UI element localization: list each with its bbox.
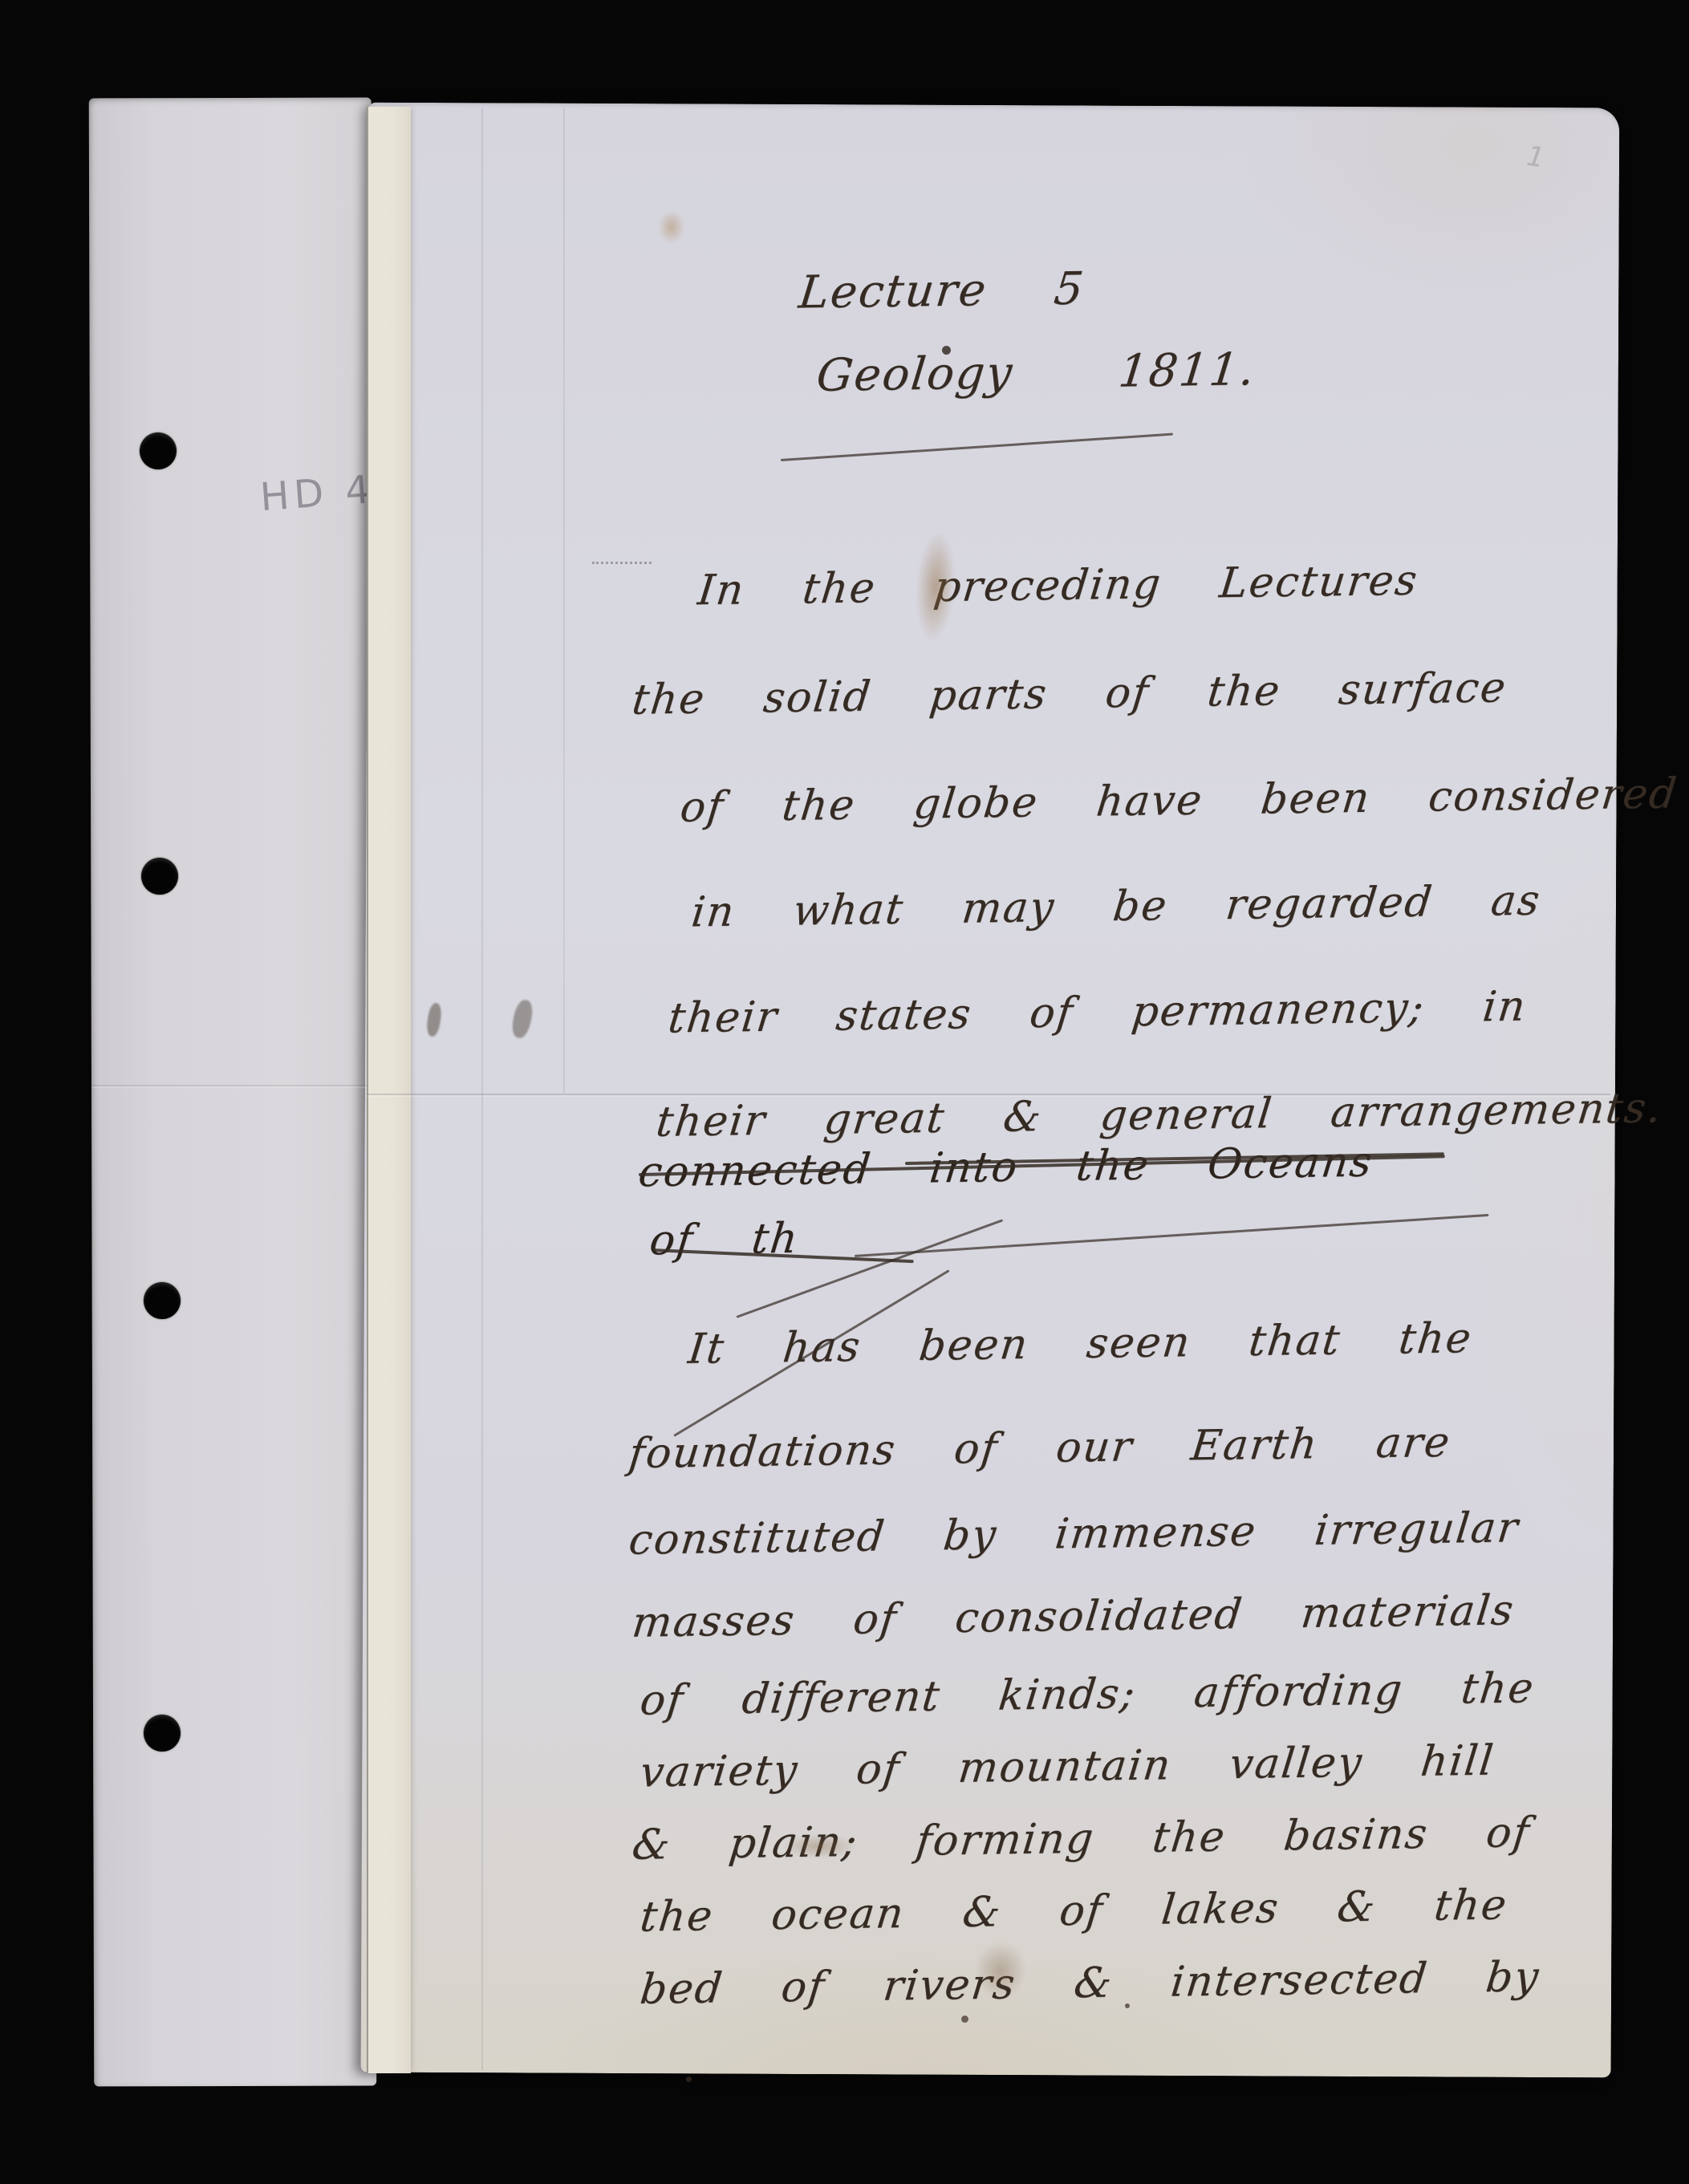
ink-smear — [782, 1834, 856, 1858]
title-line-2: Geology 1811. — [814, 343, 1258, 402]
manuscript-line-struck: of th — [648, 1215, 802, 1265]
fold-crease-vertical-2 — [563, 108, 565, 1094]
title-line-1: Lecture 5 — [796, 262, 1087, 319]
punch-hole-2 — [141, 858, 178, 895]
ink-blot — [975, 1942, 1026, 1999]
fold-crease-backing — [91, 1085, 367, 1086]
ink-speck — [1125, 2003, 1130, 2008]
manuscript-line: In the preceding Lectures — [696, 557, 1421, 615]
ink-dot — [942, 346, 951, 355]
fold-strip — [367, 107, 411, 2073]
ink-speck — [686, 2076, 692, 2082]
fold-crease-vertical — [481, 108, 483, 2070]
ink-speck — [961, 2016, 968, 2023]
stain-spot — [658, 210, 685, 244]
punch-hole-3 — [144, 1282, 181, 1319]
punch-hole-1 — [140, 432, 177, 469]
backing-sheet: HD 4A/6 — [89, 98, 376, 2087]
punch-hole-4 — [144, 1715, 181, 1752]
photo-background: HD 4A/6 1 Lecture 5 Geology 1811. In the… — [0, 0, 1689, 2184]
pencil-dotted-mark — [592, 562, 652, 564]
